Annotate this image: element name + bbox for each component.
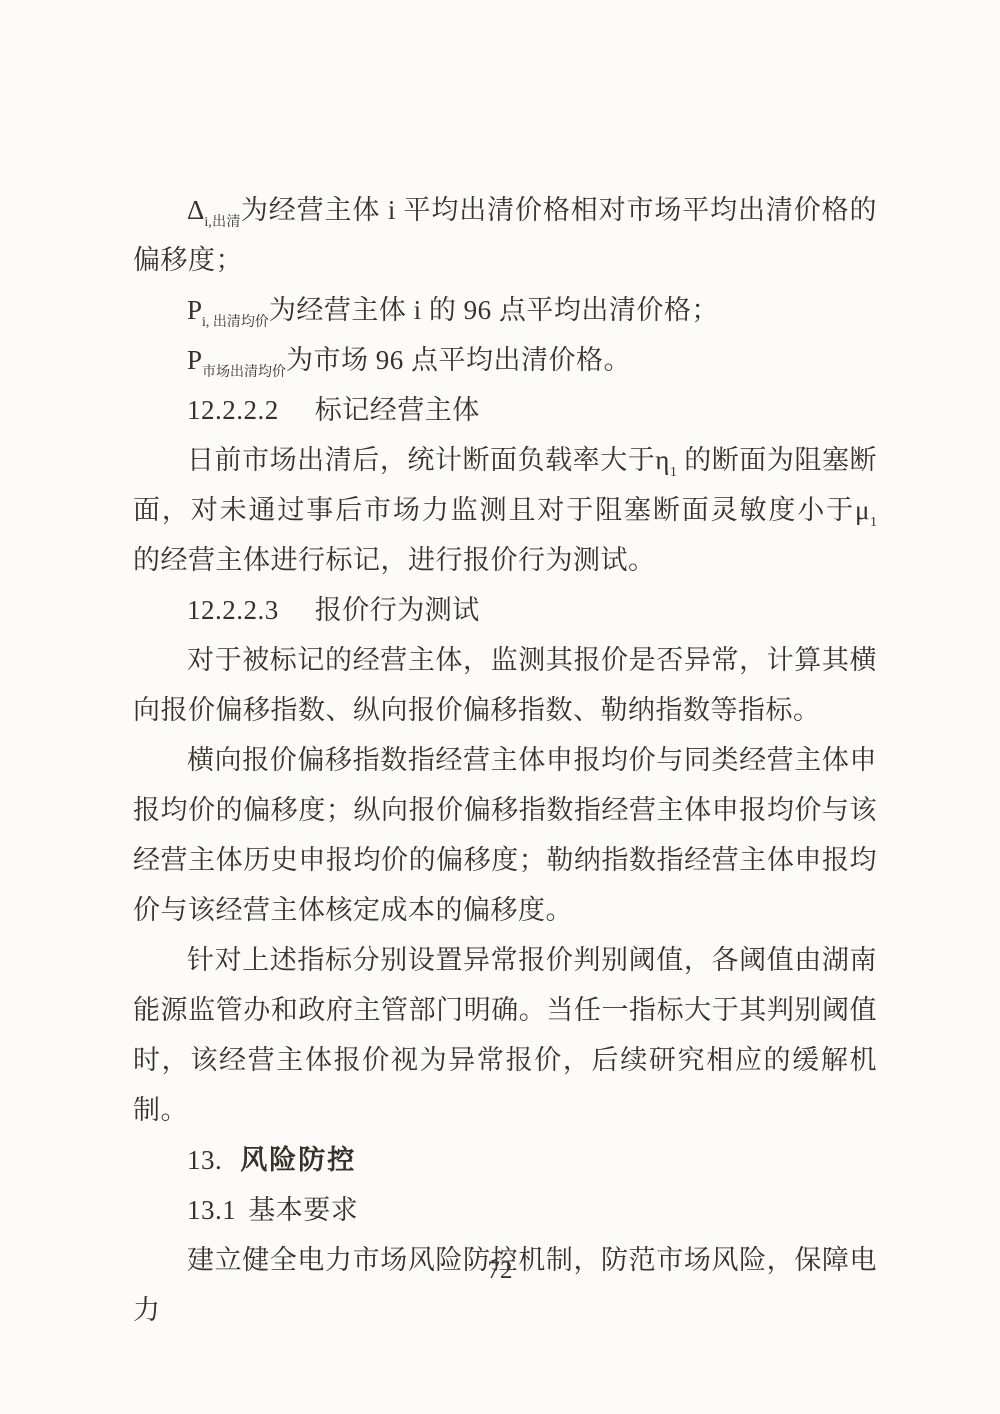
- subscript-mu: 1: [870, 515, 877, 530]
- document-page: Δi,出清为经营主体 i 平均出清价格相对市场平均出清价格的偏移度； Pi, 出…: [0, 0, 1000, 1414]
- symbol-delta: Δ: [187, 195, 204, 225]
- heading-number: 13.1: [187, 1195, 236, 1225]
- heading-title: 风险防控: [240, 1145, 356, 1175]
- body-text: 的经营主体进行标记，进行报价行为测试。: [133, 545, 656, 575]
- symbol-p-market: P: [187, 345, 202, 375]
- paragraph-entity-price-definition: Pi, 出清均价为经营主体 i 的 96 点平均出清价格；: [133, 285, 877, 335]
- subscript-p-entity: i, 出清均价: [202, 315, 269, 330]
- paragraph-index-definitions: 横向报价偏移指数指经营主体申报均价与同类经营主体申报均价的偏移度；纵向报价偏移指…: [133, 735, 877, 935]
- paragraph-quote-behavior-test: 对于被标记的经营主体，监测其报价是否异常，计算其横向报价偏移指数、纵向报价偏移指…: [133, 635, 877, 735]
- subscript-eta: 1: [670, 465, 677, 480]
- symbol-p-entity: P: [187, 295, 202, 325]
- subscript-delta: i,出清: [204, 215, 241, 230]
- heading-mark-entities: 12.2.2.2标记经营主体: [133, 385, 877, 435]
- definition-text: 为市场 96 点平均出清价格。: [286, 345, 631, 375]
- heading-basic-requirements: 13.1基本要求: [133, 1185, 877, 1235]
- heading-number: 13.: [187, 1145, 222, 1175]
- heading-number: 12.2.2.3: [187, 595, 279, 625]
- definition-text: 为经营主体 i 的 96 点平均出清价格；: [269, 295, 719, 325]
- heading-number: 12.2.2.2: [187, 395, 279, 425]
- paragraph-marking-entities: 日前市场出清后，统计断面负载率大于η1 的断面为阻塞断面，对未通过事后市场力监测…: [133, 435, 877, 585]
- paragraph-threshold-setting: 针对上述指标分别设置异常报价判别阈值，各阈值由湖南能源监管办和政府主管部门明确。…: [133, 935, 877, 1135]
- paragraph-risk-control-intro: 建立健全电力市场风险防控机制，防范市场风险，保障电力: [133, 1235, 877, 1335]
- heading-title: 报价行为测试: [315, 595, 480, 625]
- heading-title: 标记经营主体: [315, 395, 480, 425]
- paragraph-delta-deviation-definition: Δi,出清为经营主体 i 平均出清价格相对市场平均出清价格的偏移度；: [133, 185, 877, 285]
- heading-quote-behavior-test: 12.2.2.3报价行为测试: [133, 585, 877, 635]
- paragraph-market-price-definition: P市场出清均价为市场 96 点平均出清价格。: [133, 335, 877, 385]
- subscript-p-market: 市场出清均价: [202, 365, 286, 380]
- page-number: 72: [0, 1257, 1000, 1285]
- page-body: Δi,出清为经营主体 i 平均出清价格相对市场平均出清价格的偏移度； Pi, 出…: [133, 185, 877, 1335]
- heading-title: 基本要求: [248, 1195, 358, 1225]
- body-text: 日前市场出清后，统计断面负载率大于η: [187, 445, 670, 475]
- definition-text: 为经营主体 i 平均出清价格相对市场平均出清价格的偏移度；: [133, 195, 877, 275]
- heading-risk-control: 13.风险防控: [133, 1135, 877, 1185]
